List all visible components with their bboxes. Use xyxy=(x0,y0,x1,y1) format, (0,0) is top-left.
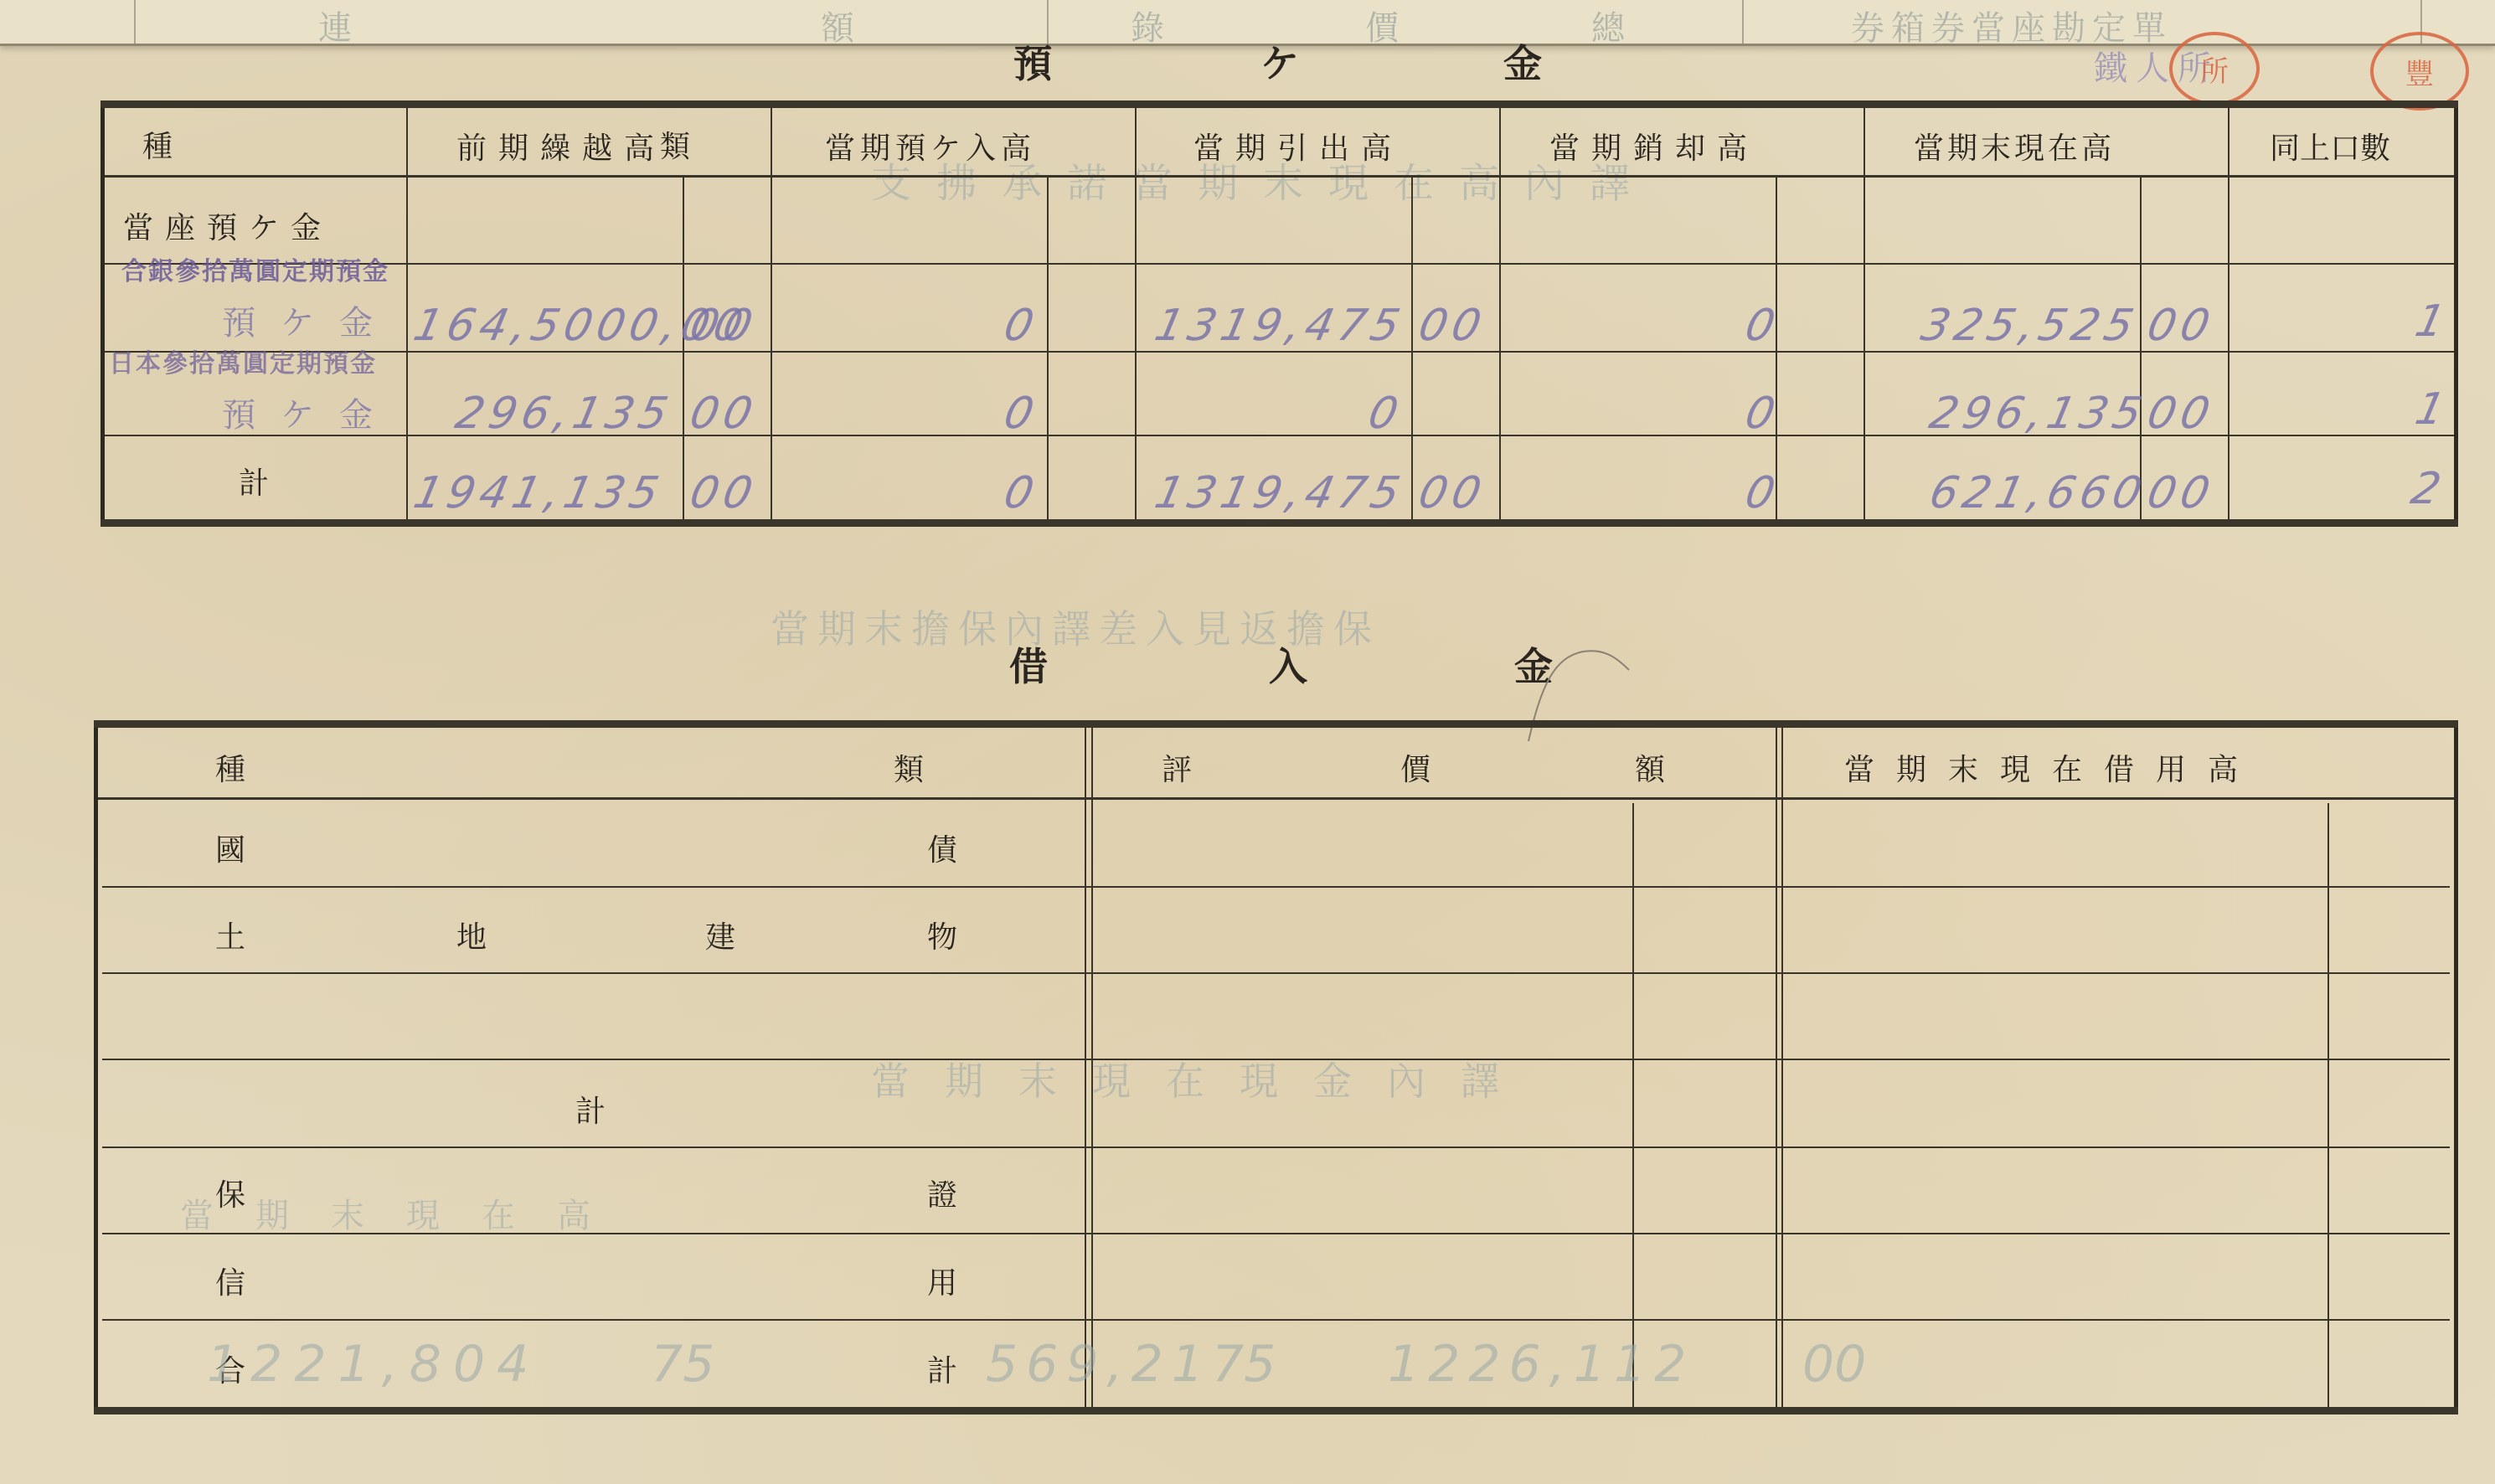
header-end-balance: 當期末現在高 xyxy=(1914,125,2115,167)
cell-deposited-total: 0 xyxy=(1000,468,1044,518)
strip-divider xyxy=(1742,0,1744,44)
cell-count: 1 xyxy=(2411,384,2455,435)
sen-subcol-divider xyxy=(1047,175,1049,519)
section-title-deposits: 預 xyxy=(1013,33,1052,89)
col-divider xyxy=(2228,108,2230,519)
table-bottom-border xyxy=(101,519,2458,527)
strip-divider xyxy=(134,0,136,44)
col-divider xyxy=(1085,728,1086,1407)
col-divider xyxy=(1135,108,1137,519)
row-label-land-buildings: 地 xyxy=(456,914,487,956)
cell-end-balance: 296,135 xyxy=(1925,389,2152,439)
seal-text: 所 xyxy=(2200,49,2229,90)
cell-deposited: 0 xyxy=(1000,389,1044,439)
row-label-land-buildings: 建 xyxy=(705,914,735,956)
header-type-right: 類 xyxy=(894,746,929,789)
row-label-current-deposit: 當座預ケ金 xyxy=(123,204,332,247)
header-count: 同上口數 xyxy=(2270,125,2390,167)
header-type-left: 種 xyxy=(215,746,250,789)
bleed-through-number: 00 xyxy=(1802,1335,1866,1394)
col-divider xyxy=(1776,728,1777,1407)
header-divider xyxy=(98,797,2454,800)
row-label-guarantee-left: 保 xyxy=(215,1172,245,1214)
strip-ghost-text: 價 xyxy=(1365,2,1399,49)
row-label-grand-total-right: 計 xyxy=(927,1347,957,1390)
strip-ghost-text: 額 xyxy=(821,2,854,49)
section-title-borrowings: 借 xyxy=(1009,636,1048,692)
cell-end-balance-sen: 00 xyxy=(2143,301,2219,351)
row-divider xyxy=(105,351,2454,353)
row-divider xyxy=(102,1233,2450,1234)
header-written-off: 當期銷却高 xyxy=(1549,125,1759,167)
cell-prev-carryover-sen: 00 xyxy=(686,389,762,439)
bleed-through-number: 1221,804 xyxy=(207,1335,540,1394)
row-divider xyxy=(102,1319,2450,1321)
handwritten-deposit-label-1: 預ケ金 xyxy=(222,296,398,344)
header-prev-carryover: 前期繰越高 xyxy=(456,125,666,167)
row-label-credit-left: 信 xyxy=(215,1260,245,1302)
header-valuation: 額 xyxy=(1635,746,1670,789)
header-end-borrowed: 當期末現在借用高 xyxy=(1844,746,2260,789)
red-seal-right: 豐 xyxy=(2370,32,2469,111)
cell-count-total: 2 xyxy=(2407,464,2451,514)
borrowings-table: 種 類 評 價 額 當期末現在借用高 國 債 土 地 建 物 計 保 證 信 用… xyxy=(94,728,2458,1407)
table-bottom-border xyxy=(94,1407,2458,1414)
row-divider xyxy=(102,972,2450,974)
folded-page-strip: 連 額 錄 價 總 券箱券當座勘定單 xyxy=(0,0,2495,46)
col-divider xyxy=(406,108,408,519)
cell-end-balance-total: 621,660 xyxy=(1925,468,2152,518)
section-title-deposits: 金 xyxy=(1503,33,1542,89)
table-top-border xyxy=(101,100,2458,108)
section-title-borrowings: 入 xyxy=(1269,636,1307,692)
row-label-subtotal: 計 xyxy=(575,1088,606,1131)
row-label-total: 計 xyxy=(239,460,269,502)
strip-ghost-text: 錄 xyxy=(1131,2,1164,49)
header-withdrawn: 當期引出高 xyxy=(1193,125,1403,167)
row-divider xyxy=(105,263,2454,265)
purple-stamp-fixed-deposit-2: 日本參拾萬圓定期預金 xyxy=(109,343,377,379)
strip-ghost-text: 總 xyxy=(1591,2,1625,49)
row-label-credit-right: 用 xyxy=(927,1260,957,1302)
cell-written-off: 0 xyxy=(1741,301,1785,351)
cell-prev-carryover-total: 1941,135 xyxy=(410,468,668,518)
cell-written-off-total: 0 xyxy=(1741,468,1785,518)
col-divider xyxy=(1864,108,1865,519)
cell-withdrawn: 0 xyxy=(1364,389,1408,439)
cell-withdrawn-sen: 00 xyxy=(1415,301,1491,351)
table-top-border xyxy=(94,720,2458,728)
cell-written-off: 0 xyxy=(1741,389,1785,439)
deposits-table: 種 類 前期繰越高 當期預ケ入高 當期引出高 當期銷却高 當期末現在高 同上口數… xyxy=(101,108,2458,519)
col-divider xyxy=(771,108,772,519)
col-divider xyxy=(1499,108,1501,519)
cell-count: 1 xyxy=(2411,296,2455,347)
red-seal-left: 所 xyxy=(2169,32,2260,106)
header-divider xyxy=(105,175,2454,178)
row-label-land-buildings: 物 xyxy=(927,914,957,956)
sen-subcol-divider xyxy=(1632,803,1634,1407)
bleed-through-number: 569,21 xyxy=(986,1335,1212,1394)
cell-prev-carryover: 296,135 xyxy=(451,389,678,439)
row-divider xyxy=(102,886,2450,888)
handwritten-deposit-label-2: 預ケ金 xyxy=(222,389,398,436)
header-valuation: 評 xyxy=(1162,746,1197,789)
strip-ghost-text: 連 xyxy=(318,2,352,49)
row-divider xyxy=(102,1059,2450,1060)
sen-subcol-divider xyxy=(2327,803,2329,1407)
purple-stamp-fixed-deposit-1: 合銀參拾萬圓定期預金 xyxy=(121,250,389,287)
header-deposited: 當期預ケ入高 xyxy=(825,125,1036,167)
cell-withdrawn-total: 1319,475 xyxy=(1151,468,1410,518)
cell-withdrawn-sen-total: 00 xyxy=(1415,468,1491,518)
header-valuation: 價 xyxy=(1400,746,1436,789)
col-divider-double xyxy=(1781,728,1783,1407)
cell-deposited: 0 xyxy=(1000,301,1044,351)
cell-end-balance-sen-total: 00 xyxy=(2143,468,2219,518)
bleed-through-number: 1226,112 xyxy=(1388,1335,1694,1394)
row-label-gov-bonds-right: 債 xyxy=(927,827,957,869)
cell-prev-carryover-sen-total: 00 xyxy=(686,468,762,518)
row-label-gov-bonds-left: 國 xyxy=(215,827,245,869)
cell-end-balance: 325,525 xyxy=(1917,301,2143,351)
cell-prev-carryover-sen: 00 xyxy=(686,301,762,351)
row-label-guarantee-right: 證 xyxy=(927,1172,957,1214)
section-title-deposits: ケ xyxy=(1260,33,1299,89)
bleed-through-number: 75 xyxy=(651,1335,714,1394)
col-divider-double xyxy=(1091,728,1093,1407)
bleed-through-number: 75 xyxy=(1212,1335,1276,1394)
row-label-land-buildings: 土 xyxy=(215,914,245,956)
sen-subcol-divider xyxy=(1411,175,1413,519)
seal-text: 豐 xyxy=(2405,51,2434,92)
row-divider xyxy=(102,1146,2450,1148)
cell-withdrawn: 1319,475 xyxy=(1151,301,1410,351)
cell-end-balance-sen: 00 xyxy=(2143,389,2219,439)
